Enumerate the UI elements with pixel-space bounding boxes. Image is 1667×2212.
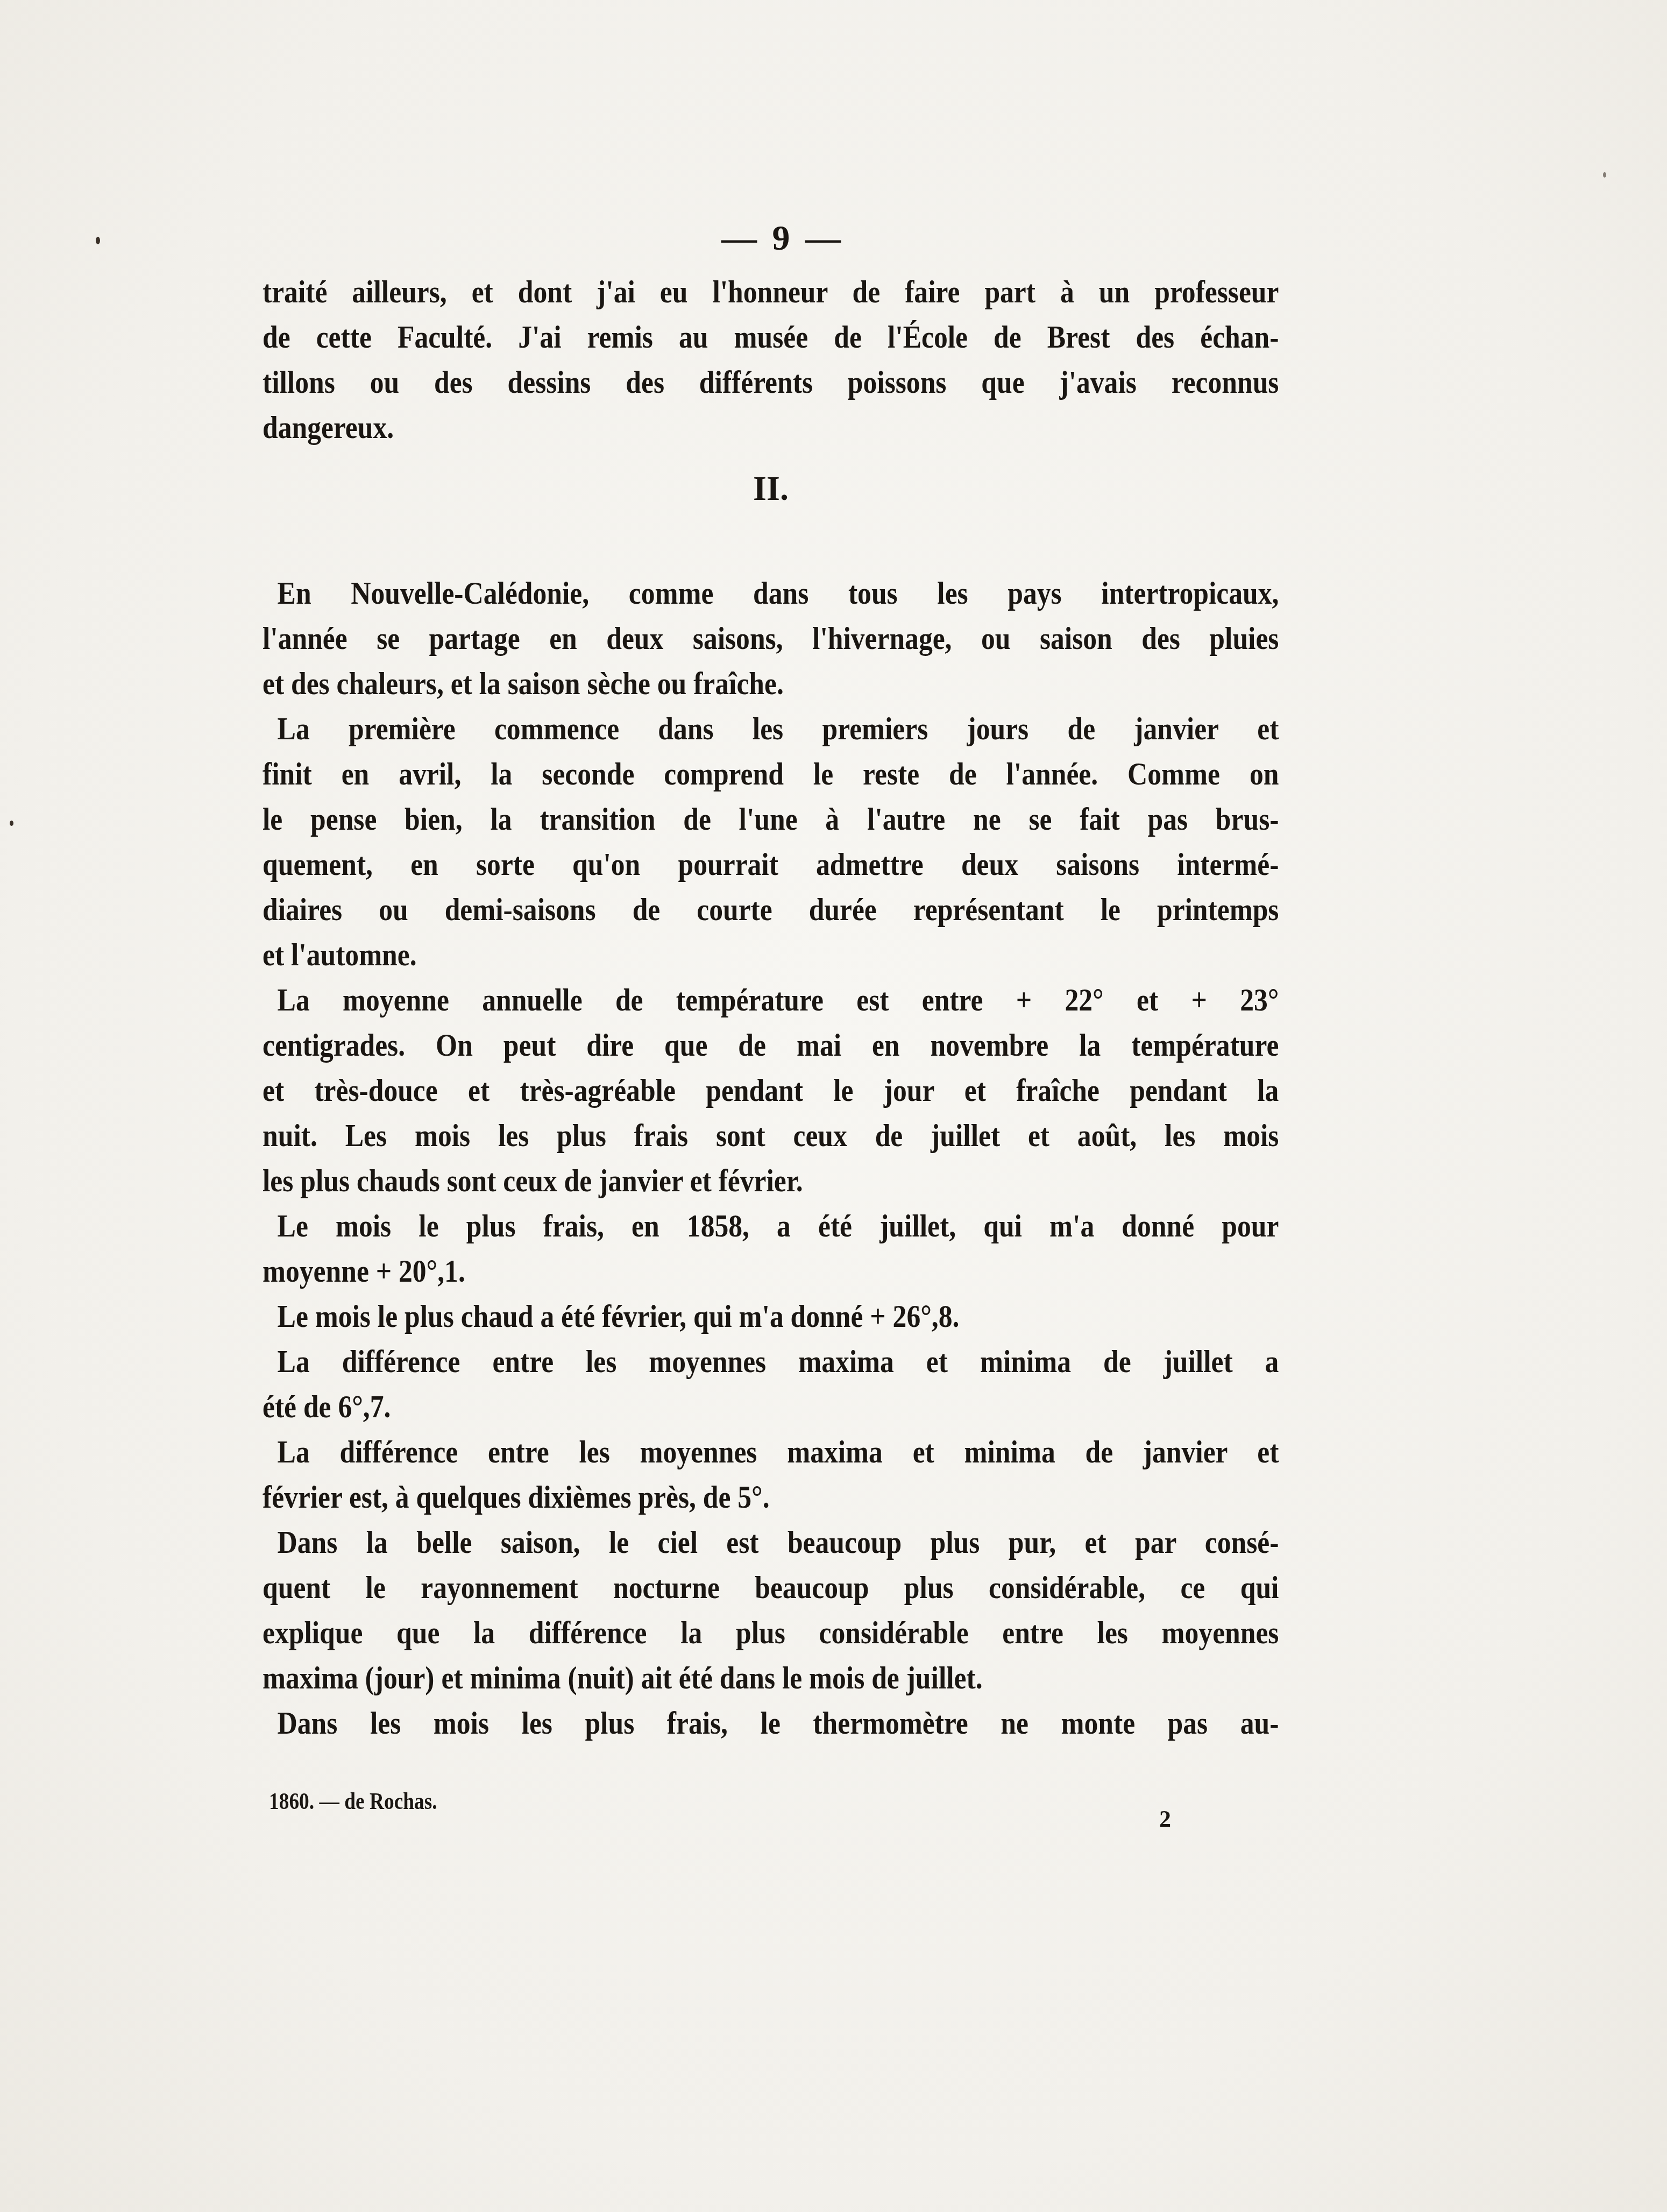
text-line: les plus chauds sont ceux de janvier et … xyxy=(263,1158,1279,1203)
text-line: moyenne + 20°,1. xyxy=(263,1248,1279,1294)
text-line: tillons ou des dessins des différents po… xyxy=(263,359,1279,405)
text-line: centigrades. On peut dire que de mai en … xyxy=(263,1022,1279,1068)
text-line: La première commence dans les premiers j… xyxy=(263,706,1279,751)
paragraph: Dans la belle saison, le ciel est beauco… xyxy=(263,1520,1279,1700)
text-line: le pense bien, la transition de l'une à … xyxy=(263,796,1279,842)
signature-footer: 1860. — de Rochas. xyxy=(269,1787,437,1815)
paragraph: Le mois le plus chaud a été février, qui… xyxy=(263,1294,1279,1339)
ink-speck xyxy=(1603,172,1606,178)
text-line: quent le rayonnement nocturne beaucoup p… xyxy=(263,1565,1279,1610)
text-line: En Nouvelle-Calédonie, comme dans tous l… xyxy=(263,570,1279,616)
paragraph: La différence entre les moyennes maxima … xyxy=(263,1339,1279,1429)
text-line: finit en avril, la seconde comprend le r… xyxy=(263,751,1279,796)
paragraph: traité ailleurs, et dont j'ai eu l'honne… xyxy=(263,269,1279,450)
section-heading: II. xyxy=(263,466,1279,511)
text-line: Le mois le plus frais, en 1858, a été ju… xyxy=(263,1203,1279,1248)
paragraph: Dans les mois les plus frais, le thermom… xyxy=(263,1700,1279,1745)
body-text: traité ailleurs, et dont j'ai eu l'honne… xyxy=(263,269,1279,1745)
ink-speck xyxy=(10,821,13,826)
text-line: été de 6°,7. xyxy=(263,1384,1279,1429)
text-line: Le mois le plus chaud a été février, qui… xyxy=(263,1294,1279,1339)
paragraph: En Nouvelle-Calédonie, comme dans tous l… xyxy=(263,570,1279,706)
text-line: et des chaleurs, et la saison sèche ou f… xyxy=(263,661,1279,706)
text-line: La différence entre les moyennes maxima … xyxy=(263,1429,1279,1474)
signature-mark: 2 xyxy=(1159,1805,1171,1833)
page-number: — 9 — xyxy=(715,218,850,259)
paragraph: La différence entre les moyennes maxima … xyxy=(263,1429,1279,1520)
paragraph: La moyenne annuelle de température est e… xyxy=(263,977,1279,1203)
paragraph: La première commence dans les premiers j… xyxy=(263,706,1279,977)
text-line: quement, en sorte qu'on pourrait admettr… xyxy=(263,842,1279,887)
text-line: Dans les mois les plus frais, le thermom… xyxy=(263,1700,1279,1745)
text-line: de cette Faculté. J'ai remis au musée de… xyxy=(263,314,1279,359)
text-line: février est, à quelques dixièmes près, d… xyxy=(263,1474,1279,1520)
text-line: explique que la différence la plus consi… xyxy=(263,1610,1279,1655)
text-line: traité ailleurs, et dont j'ai eu l'honne… xyxy=(263,269,1279,314)
text-line: dangereux. xyxy=(263,405,1279,450)
text-line: et très-douce et très-agréable pendant l… xyxy=(263,1068,1279,1113)
text-line: maxima (jour) et minima (nuit) ait été d… xyxy=(263,1655,1279,1700)
scanned-page: — 9 — traité ailleurs, et dont j'ai eu l… xyxy=(0,0,1667,2212)
text-line: Dans la belle saison, le ciel est beauco… xyxy=(263,1520,1279,1565)
text-line: diaires ou demi-saisons de courte durée … xyxy=(263,887,1279,932)
text-line: La moyenne annuelle de température est e… xyxy=(263,977,1279,1022)
text-line: l'année se partage en deux saisons, l'hi… xyxy=(263,616,1279,661)
text-line: nuit. Les mois les plus frais sont ceux … xyxy=(263,1113,1279,1158)
text-line: et l'automne. xyxy=(263,932,1279,977)
paragraph: Le mois le plus frais, en 1858, a été ju… xyxy=(263,1203,1279,1294)
ink-speck xyxy=(96,237,100,244)
text-line: La différence entre les moyennes maxima … xyxy=(263,1339,1279,1384)
